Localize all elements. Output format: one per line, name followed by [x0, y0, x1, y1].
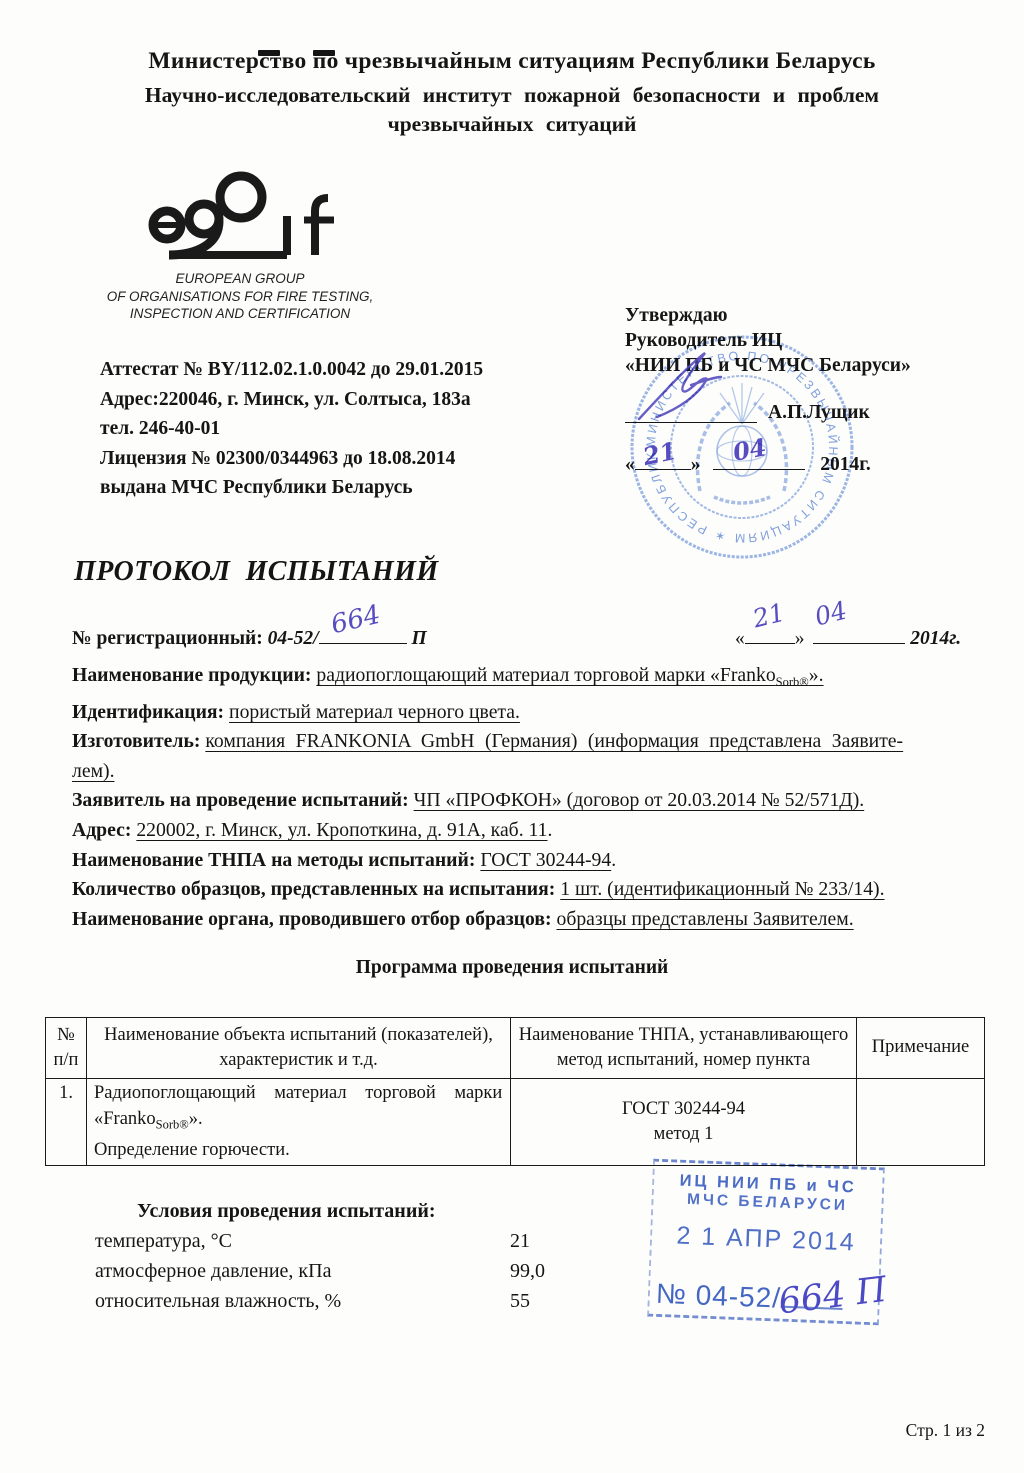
- field-value: радиопоглощающий материал торговой марки…: [316, 664, 823, 686]
- field-value: 220002, г. Минск, ул. Кропоткина, д. 91А…: [136, 819, 547, 841]
- month-line: 04: [813, 625, 905, 644]
- accreditation-block: Аттестат № BY/112.02.1.0.0042 до 29.01.2…: [100, 355, 483, 503]
- table-row: 1. Радиопоглощающий материал торговой ма…: [46, 1079, 985, 1166]
- field-product-name: Наименование продукции: радиопоглощающий…: [72, 661, 985, 698]
- registration-prefix: 04-52/: [263, 628, 319, 649]
- egolf-logo-block: EUROPEAN GROUP OF ORGANISATIONS FOR FIRE…: [60, 168, 420, 323]
- details-block: Наименование продукции: радиопоглощающий…: [72, 661, 985, 934]
- condition-row: относительная влажность, % 55: [95, 1286, 615, 1316]
- egolf-caption-line2: OF ORGANISATIONS FOR FIRE TESTING,: [60, 288, 420, 306]
- header-cell-num: № п/п: [46, 1018, 87, 1079]
- object-brand-subscript: Sorb®: [156, 1117, 189, 1131]
- egolf-caption: EUROPEAN GROUP OF ORGANISATIONS FOR FIRE…: [60, 270, 420, 323]
- field-sample-count: Количество образцов, представленных на и…: [72, 875, 985, 905]
- field-identification: Идентификация: пористый материал черного…: [72, 698, 985, 728]
- handwritten-month: 04: [812, 596, 850, 632]
- scanned-document-page: Министерство по чрезвычайным ситуациям Р…: [0, 0, 1024, 1473]
- table-header-row: № п/п Наименование объекта испытаний (по…: [46, 1018, 985, 1079]
- condition-value: 99,0: [510, 1256, 545, 1286]
- stamp-number-underline: [781, 1286, 844, 1310]
- field-value: образцы представлены Заявителем.: [556, 908, 853, 930]
- conditions-block: Условия проведения испытаний: температур…: [95, 1196, 615, 1316]
- approval-block: Утверждаю Руководитель ИЦ «НИИ ПБ и ЧС М…: [625, 303, 997, 481]
- letterhead: Министерство по чрезвычайным ситуациям Р…: [0, 48, 1024, 137]
- registration-label: № регистрационный:: [72, 628, 263, 649]
- tnpa-standard: ГОСТ 30244-94: [518, 1097, 849, 1123]
- row-cell-tnpa: ГОСТ 30244-94 метод 1: [511, 1079, 857, 1166]
- day-line: 21: [745, 625, 795, 644]
- quote-close: »: [795, 628, 805, 649]
- condition-value: 55: [510, 1286, 530, 1316]
- product-value-text: радиопоглощающий материал торговой марки…: [316, 664, 775, 686]
- stamp-number-line: № 04-52/: [655, 1278, 843, 1317]
- object-brand: «FrankoSorb®».: [94, 1109, 203, 1129]
- stamp-number-prefix: № 04-52/: [655, 1278, 781, 1314]
- license-issuer: выдана МЧС Республики Беларусь: [100, 473, 483, 503]
- field-manufacturer: Изготовитель: компания FRANKONIA GmbH (Г…: [72, 727, 985, 786]
- object-line1: Радиопоглощающий материал торговой марки: [94, 1083, 502, 1103]
- handwritten-registration-number: 664: [328, 600, 383, 640]
- ministry-title: Министерство по чрезвычайным ситуациям Р…: [0, 48, 1024, 75]
- approver-position: Руководитель ИЦ: [625, 328, 997, 353]
- condition-row: атмосферное давление, кПа 99,0: [95, 1256, 615, 1286]
- field-value-tail: .: [611, 849, 616, 871]
- approval-year: 2014г.: [820, 454, 871, 475]
- approver-organization: «НИИ ПБ и ЧС МЧС Беларуси»: [625, 353, 997, 378]
- condition-label: относительная влажность, %: [95, 1290, 341, 1312]
- field-sampling-body: Наименование органа, проводившего отбор …: [72, 905, 985, 935]
- egolf-caption-line1: EUROPEAN GROUP: [60, 270, 420, 288]
- registration-number-line: 664: [319, 627, 407, 644]
- lab-phone: тел. 246-40-01: [100, 414, 483, 444]
- approval-date-row: «» 2014г. 21 04: [625, 451, 997, 481]
- field-tnpa: Наименование ТНПА на методы испытаний: Г…: [72, 846, 985, 876]
- object-brand-pre: «Franko: [94, 1109, 156, 1129]
- signature-line: [625, 421, 757, 423]
- egolf-logo-icon: [135, 168, 345, 268]
- program-section-title: Программа проведения испытаний: [0, 957, 1024, 979]
- field-value: 1 шт. (идентификационный № 233/14).: [560, 878, 884, 900]
- institute-title-line2: чрезвычайных ситуаций: [0, 112, 1024, 137]
- registration-date: «21» 04 2014г.: [735, 625, 961, 650]
- header-cell-object: Наименование объекта испытаний (показате…: [87, 1018, 511, 1079]
- field-value-tail: .: [548, 819, 553, 841]
- month-line: [713, 451, 805, 470]
- field-label: Наименование ТНПА на методы испытаний:: [72, 849, 475, 871]
- field-label: Адрес:: [72, 819, 131, 841]
- header-cell-note: Примечание: [857, 1018, 985, 1079]
- field-label: Количество образцов, представленных на и…: [72, 878, 555, 900]
- institute-title-line1: Научно-исследовательский институт пожарн…: [0, 83, 1024, 108]
- field-applicant: Заявитель на проведение испытаний: ЧП «П…: [72, 786, 985, 816]
- header-num-line1: №: [53, 1023, 79, 1049]
- day-line: [635, 451, 691, 470]
- quote-open: «: [735, 628, 745, 649]
- field-applicant-address: Адрес: 220002, г. Минск, ул. Кропоткина,…: [72, 816, 985, 846]
- egolf-caption-line3: INSPECTION AND CERTIFICATION: [60, 305, 420, 323]
- row-cell-object: Радиопоглощающий материал торговой марки…: [87, 1079, 511, 1166]
- field-value: пористый материал черного цвета.: [229, 701, 520, 723]
- registration-date-stamp: ИЦ НИИ ПБ и ЧС МЧС БЕЛАРУСИ 2 1 АПР 2014…: [647, 1159, 885, 1326]
- registration-year: 2014г.: [910, 628, 961, 649]
- field-value-line2: лем).: [72, 760, 115, 782]
- stamp-date: 2 1 АПР 2014: [652, 1221, 881, 1259]
- registration-suffix: П: [407, 628, 427, 649]
- registration-line: № регистрационный: 04-52/664 П «21» 04 2…: [72, 614, 985, 656]
- license-number: Лицензия № 02300/0344963 до 18.08.2014: [100, 444, 483, 474]
- attestation-number: Аттестат № BY/112.02.1.0.0042 до 29.01.2…: [100, 355, 483, 385]
- quote-close: »: [691, 454, 701, 475]
- lab-address: Адрес:220046, г. Минск, ул. Солтыса, 183…: [100, 385, 483, 415]
- field-value: ЧП «ПРОФКОН» (договор от 20.03.2014 № 52…: [414, 789, 865, 811]
- page-number: Стр. 1 из 2: [906, 1420, 985, 1441]
- object-line2: Определение горючести.: [94, 1140, 290, 1160]
- quote-open: «: [625, 454, 635, 475]
- row-cell-note: [857, 1079, 985, 1166]
- tnpa-method: метод 1: [518, 1122, 849, 1148]
- header-num-line2: п/п: [53, 1048, 79, 1074]
- header-cell-tnpa: Наименование ТНПА, устанавливающего мето…: [511, 1018, 857, 1079]
- conditions-title: Условия проведения испытаний:: [137, 1196, 615, 1226]
- registration-left: № регистрационный: 04-52/664 П: [72, 627, 427, 650]
- object-brand-post: ».: [189, 1109, 203, 1129]
- condition-value: 21: [510, 1226, 530, 1256]
- condition-label: атмосферное давление, кПа: [95, 1260, 331, 1282]
- handwritten-day: 21: [750, 598, 788, 634]
- field-value: ГОСТ 30244-94: [480, 849, 611, 871]
- condition-row: температура, °С 21: [95, 1226, 615, 1256]
- signature-row: А.П.Лущик: [625, 399, 997, 427]
- product-value-tail: ».: [809, 664, 824, 686]
- product-brand-subscript: Sorb®: [776, 675, 809, 689]
- field-value-line1: компания FRANKONIA GmbH (Германия) (инфо…: [205, 730, 903, 752]
- field-label: Идентификация:: [72, 701, 224, 723]
- document-title: ПРОТОКОЛ ИСПЫТАНИЙ: [74, 556, 439, 588]
- field-label: Заявитель на проведение испытаний:: [72, 789, 409, 811]
- approver-name: А.П.Лущик: [768, 400, 870, 425]
- program-table: № п/п Наименование объекта испытаний (по…: [45, 1017, 985, 1166]
- row-cell-num: 1.: [46, 1079, 87, 1166]
- field-label: Изготовитель:: [72, 730, 200, 752]
- condition-label: температура, °С: [95, 1230, 232, 1252]
- approval-word: Утверждаю: [625, 303, 997, 328]
- field-label: Наименование продукции:: [72, 664, 311, 686]
- field-label: Наименование органа, проводившего отбор …: [72, 908, 552, 930]
